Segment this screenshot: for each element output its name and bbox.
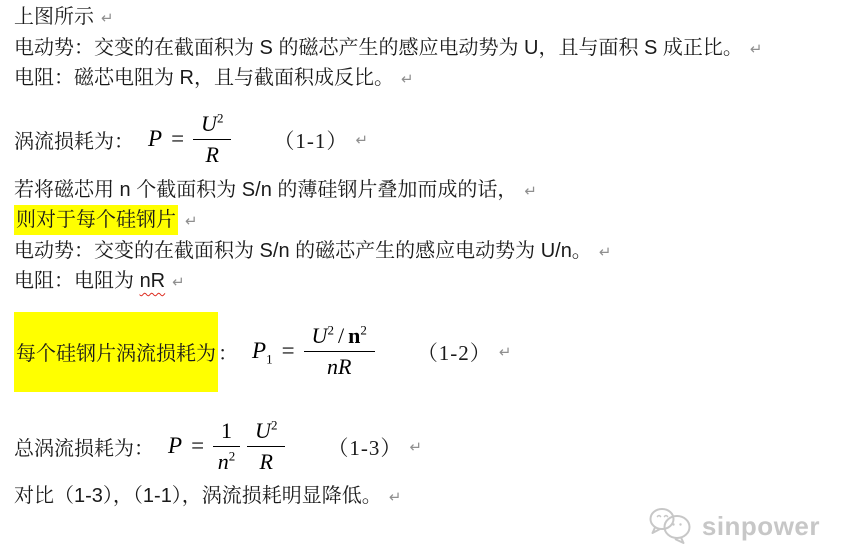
math-symbol-P: P [148, 126, 162, 152]
math-symbol-n: n [218, 449, 229, 474]
paragraph-per-sheet: 则对于每个硅钢片↵ [14, 206, 848, 237]
equation-math: P1 = U2/n2 nR [252, 323, 375, 381]
math-symbol-U: U [255, 418, 271, 443]
equation-label: 每个硅钢片涡流损耗为 [16, 337, 216, 366]
subscript: 1 [266, 352, 273, 367]
superscript: 2 [360, 322, 367, 337]
paragraph-mark: ↵ [750, 40, 763, 58]
paragraph-lamination: 若将磁芯用 n 个截面积为 S/n 的薄硅钢片叠加而成的话，↵ [14, 176, 848, 207]
paragraph-text: 电动势：交变的在截面积为 S/n 的磁芯产生的感应电动势为 U/n。 [14, 240, 592, 262]
fraction-denominator: n2 [213, 447, 240, 476]
equation-number: （1-2） [417, 337, 492, 367]
fraction-numerator: U2/n2 [304, 323, 375, 352]
paragraph-mark: ↵ [401, 70, 414, 88]
equation-number: （1-1） [273, 125, 348, 155]
fraction-numerator: 1 [213, 418, 240, 447]
divide-slash: / [334, 323, 348, 348]
paragraph-intro: 上图所示↵ [14, 3, 848, 34]
superscript: 2 [229, 449, 236, 464]
document-content: 上图所示↵ 电动势：交变的在截面积为 S 的磁芯产生的感应电动势为 U，且与面积… [0, 0, 848, 512]
superscript: 2 [327, 322, 334, 337]
equation-number: （1-3） [327, 432, 402, 462]
label-colon: ： [218, 337, 238, 366]
math-number-1: 1 [221, 418, 232, 443]
misspelled-term: nR [140, 270, 166, 292]
equation-math: P = U2 R [148, 111, 231, 169]
paragraph-text: 电阻：磁芯电阻为 R，且与截面积成反比。 [14, 67, 394, 89]
paragraph-mark: ↵ [101, 9, 114, 27]
math-symbol-U: U [201, 111, 217, 136]
wechat-icon [648, 505, 694, 547]
paragraph-emf-per-sheet: 电动势：交变的在截面积为 S/n 的磁芯产生的感应电动势为 U/n。↵ [14, 237, 848, 268]
fraction-denominator: R [247, 447, 285, 476]
equation-block-1-1: 涡流损耗为： P = U2 R （1-1） ↵ [14, 104, 848, 176]
paragraph-mark: ↵ [524, 182, 537, 200]
fraction-one-over-n2: 1 n2 [213, 418, 240, 476]
paragraph-mark: ↵ [185, 212, 198, 230]
highlighted-text: 则对于每个硅钢片 [14, 205, 178, 235]
brand-text: sinpower [702, 511, 820, 542]
paragraph-emf: 电动势：交变的在截面积为 S 的磁芯产生的感应电动势为 U，且与面积 S 成正比… [14, 34, 848, 65]
math-symbol-R: R [206, 142, 219, 167]
equation-math: P = 1 n2 U2 R [168, 418, 285, 476]
fraction-denominator: R [193, 140, 231, 169]
paragraph-text: 对比（1-3），（1-1），涡流损耗明显降低。 [14, 485, 382, 507]
equation-label: 总涡流损耗为： [14, 432, 154, 461]
math-symbol-P1: P1 [252, 338, 273, 364]
equation-block-1-2: 每个硅钢片涡流损耗为 ： P1 = U2/n2 nR （1-2） ↵ [14, 312, 848, 392]
equals-sign: = [282, 338, 295, 364]
paragraph-text: 电阻：电阻为 [14, 270, 140, 292]
paragraph-resistance-per-sheet: 电阻：电阻为 nR↵ [14, 267, 848, 298]
sinpower-watermark: sinpower [648, 505, 820, 547]
document-page: 上图所示↵ 电动势：交变的在截面积为 S 的磁芯产生的感应电动势为 U，且与面积… [0, 0, 848, 560]
equation-block-1-3: 总涡流损耗为： P = 1 n2 U2 R （1-3） ↵ [14, 412, 848, 482]
paragraph-text: 若将磁芯用 n 个截面积为 S/n 的薄硅钢片叠加而成的话， [14, 179, 517, 201]
paragraph-text: 上图所示 [14, 6, 94, 28]
fraction: U2 R [193, 111, 231, 169]
equals-sign: = [171, 126, 184, 152]
superscript: 2 [217, 110, 224, 125]
fraction: U2/n2 nR [304, 323, 375, 381]
paragraph-mark: ↵ [172, 273, 185, 291]
paragraph-mark: ↵ [599, 243, 612, 261]
fraction-numerator: U2 [247, 418, 285, 447]
paragraph-resistance: 电阻：磁芯电阻为 R，且与截面积成反比。↵ [14, 64, 848, 95]
fraction-u2-over-r: U2 R [247, 418, 285, 476]
paragraph-text: 电动势：交变的在截面积为 S 的磁芯产生的感应电动势为 U，且与面积 S 成正比… [14, 37, 743, 59]
paragraph-mark: ↵ [355, 131, 368, 149]
superscript: 2 [271, 417, 278, 432]
math-symbol-R: R [260, 449, 273, 474]
fraction-denominator: nR [304, 352, 375, 381]
math-symbol-U: U [312, 323, 328, 348]
equals-sign: = [191, 433, 204, 459]
paragraph-mark: ↵ [409, 438, 422, 456]
math-symbol-nR: nR [327, 354, 351, 379]
math-symbol-P: P [168, 433, 182, 459]
equation-label: 涡流损耗为： [14, 125, 134, 154]
highlighted-equation-label: 每个硅钢片涡流损耗为 [14, 312, 218, 392]
fraction-numerator: U2 [193, 111, 231, 140]
paragraph-mark: ↵ [499, 343, 512, 361]
paragraph-mark: ↵ [389, 488, 402, 506]
math-symbol-n: n [348, 323, 360, 348]
